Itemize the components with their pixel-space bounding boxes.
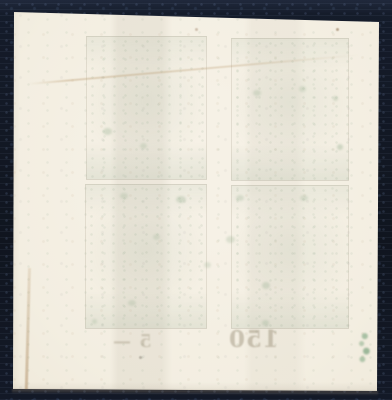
stamp-impression-bottom-right xyxy=(231,185,349,329)
stamp-impression-top-left xyxy=(86,36,207,180)
expert-handstamp-mark xyxy=(356,330,372,364)
showthrough-speck xyxy=(300,195,308,201)
showthrough-speck xyxy=(226,236,235,243)
left-crease-upper xyxy=(1,160,17,273)
showthrough-speck xyxy=(299,86,306,92)
showthrough-speck xyxy=(153,234,160,240)
photo-backdrop: 5 — 150 xyxy=(0,0,392,400)
showthrough-speck xyxy=(337,144,343,150)
showthrough-speck xyxy=(262,282,270,289)
plate-number-left: 5 — xyxy=(112,333,152,351)
paper-edge-shadow xyxy=(12,389,378,397)
showthrough-speck xyxy=(103,128,112,135)
showthrough-speck xyxy=(176,196,186,203)
showthrough-speck xyxy=(204,262,211,268)
showthrough-speck xyxy=(333,96,338,101)
stamp-impression-bottom-left xyxy=(85,184,207,329)
showthrough-speck xyxy=(92,319,97,324)
showthrough-speck xyxy=(253,90,261,96)
left-crease-lower xyxy=(25,268,31,390)
stamp-block-paper: 5 — 150 xyxy=(0,0,392,400)
plate-number-right: 150 xyxy=(228,328,279,351)
showthrough-speck xyxy=(140,143,147,149)
showthrough-speck xyxy=(120,193,128,199)
paper-speck xyxy=(336,28,339,31)
paper-speck xyxy=(139,356,142,359)
showthrough-speck xyxy=(236,195,244,201)
showthrough-speck xyxy=(262,320,269,326)
showthrough-speck xyxy=(128,300,136,306)
paper-speck xyxy=(195,28,198,31)
